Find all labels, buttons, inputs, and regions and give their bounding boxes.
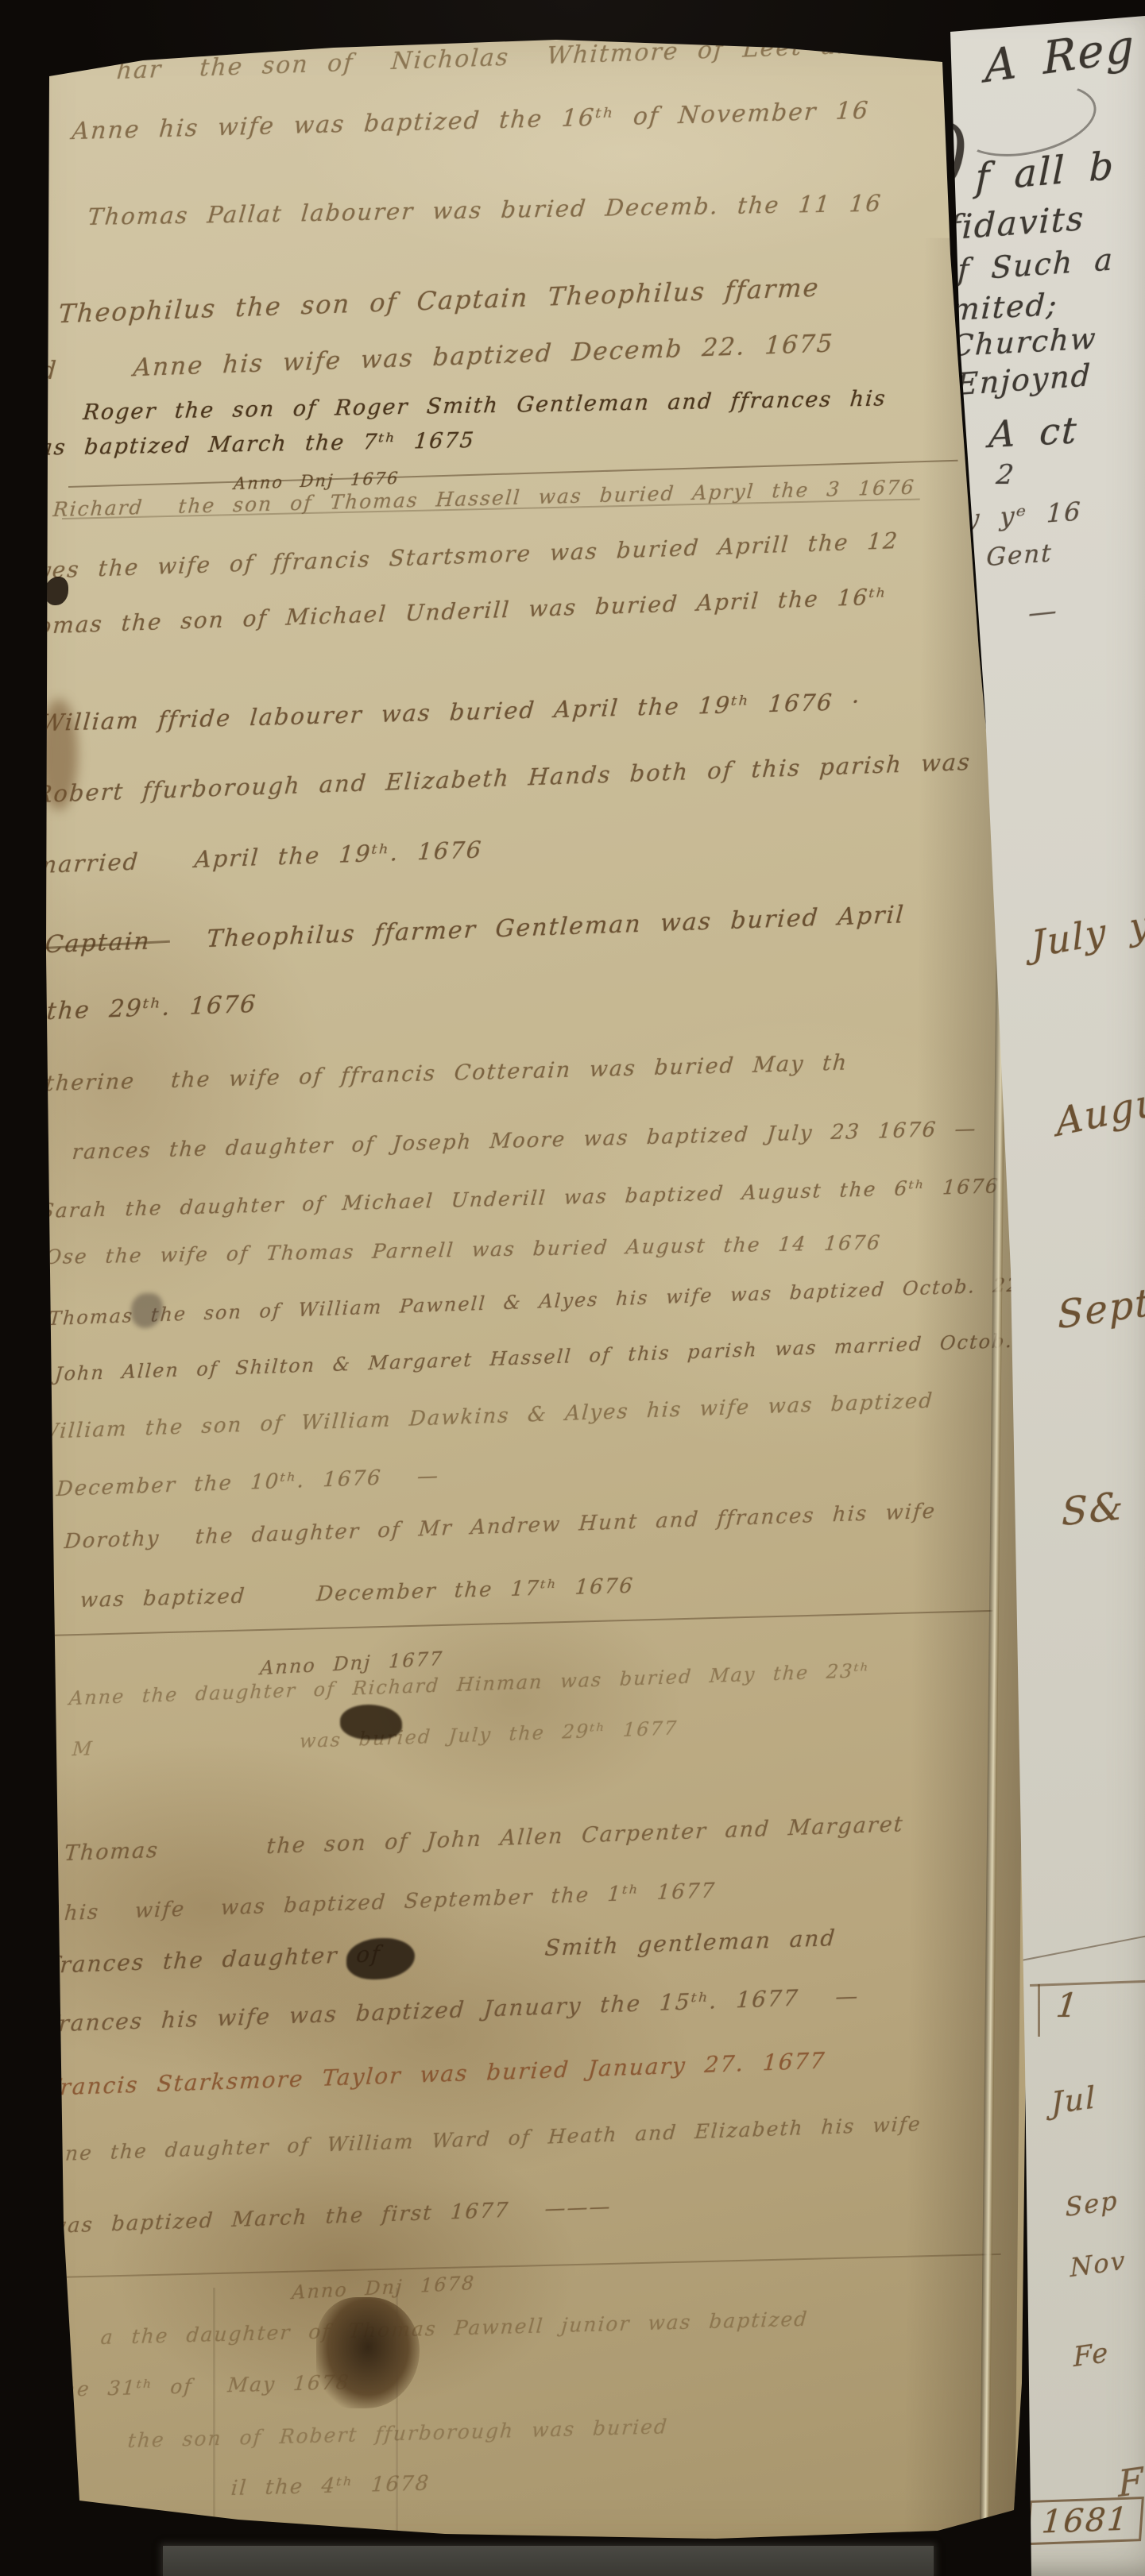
register-entry-line: Thomas the son of Michael Underill was b…	[5, 583, 888, 640]
register-entry-line: ffrances the daughter of Smith gentleman…	[40, 1925, 837, 1979]
register-entry-line: M was buried July the 29ᵗʰ 1677	[72, 1717, 679, 1760]
register-entry-line: Sarah the daughter of Michael Underill w…	[40, 1174, 1000, 1222]
title-fragment: Sep	[1065, 2185, 1119, 2223]
rule-line	[1038, 1984, 1040, 2037]
register-entry-line: Captain Theophilus ffarmer Gentleman was…	[44, 901, 906, 959]
register-entry-line: December the 10ᵗʰ. 1676 —	[56, 1464, 440, 1501]
register-entry-line: Dorothy the daughter of Mr Andrew Hunt a…	[64, 1500, 937, 1554]
boxed-year: 1681	[1027, 2497, 1144, 2545]
register-entry-line: Theophilus the son of Captain Theophilus…	[57, 272, 821, 330]
year-heading: Anno Dnj 1678	[292, 2272, 476, 2304]
title-fragment: mited;	[950, 287, 1059, 327]
register-entry-line: his wife was baptized September the 1ᵗʰ …	[64, 1879, 717, 1925]
register-entry-line: John Allen of Shilton & Margaret Hassell…	[54, 1328, 1058, 1385]
register-entry-line: married April the 19ᵗʰ. 1676	[34, 836, 484, 879]
register-entry-line: Anne the daughter of William Ward of Hea…	[34, 2112, 923, 2166]
register-entry-line: Anne his wife was baptized the 16ᵗʰ of N…	[71, 97, 870, 145]
register-entry-line: was baptized March the first 1677 ———	[48, 2195, 613, 2238]
rule-line	[1030, 1980, 1145, 1987]
title-fragment: 2	[995, 459, 1017, 491]
register-entry-line: William the son of William Dawkins & Aly…	[37, 1389, 934, 1444]
title-fragment: A Reg	[984, 20, 1136, 93]
register-entry-line: ffrancis Starksmore Taylor was buried Ja…	[40, 2047, 827, 2101]
title-fragment: fidavits	[947, 199, 1085, 247]
title-fragment: —	[1028, 594, 1058, 630]
register-entry-line: Ose the wife of Thomas Parnell was burie…	[44, 1231, 882, 1269]
title-fragment: Enjoynd	[955, 357, 1092, 402]
rule-line	[48, 1610, 993, 1636]
register-entry-line: Katherine the wife of ffrancis Cotterain…	[13, 1050, 849, 1097]
title-fragment: A ct	[988, 408, 1079, 456]
register-entry-line: was baptized March the 7ᵗʰ 1675	[18, 428, 476, 461]
register-entry-line: the son of Robert ffurborough was buried	[127, 2415, 669, 2452]
register-entry-line: the 29ᵗʰ. 1676	[46, 991, 258, 1025]
register-entry-line: was baptized December the 17ᵗʰ 1676	[79, 1574, 635, 1612]
register-entry-line: rances the daughter of Joseph Moore was …	[72, 1117, 978, 1164]
register-entry-line: Roger the son of Roger Smith Gentleman a…	[82, 386, 888, 425]
title-fragment: f Such a	[957, 241, 1114, 288]
register-entry-line: William ffride labourer was buried April…	[39, 688, 861, 736]
register-entry-line: Anne the daughter of Richard Hinman was …	[68, 1659, 871, 1709]
register-entry-line: the 31ᵗʰ of May 1678	[52, 2370, 351, 2401]
title-fragment: Nov	[1070, 2245, 1127, 2283]
register-entry-line: il the 4ᵗʰ 1678	[230, 2471, 431, 2501]
title-fragment: Fe	[1073, 2337, 1110, 2374]
register-entry-line: a the daughter of Thomas Pawnell junior …	[100, 2308, 810, 2349]
table-surface-strip	[163, 2546, 934, 2576]
title-fragment: Sept	[1057, 1280, 1145, 1338]
title-fragment: Churchw	[950, 321, 1098, 363]
title-fragment: Gent	[986, 539, 1054, 572]
rule-line	[1009, 1936, 1145, 1964]
title-fragment: Jul	[1050, 2080, 1097, 2121]
title-fragment: July yᵉ	[1030, 899, 1145, 966]
title-fragment: S&	[1062, 1484, 1124, 1535]
title-fragment: Augu	[1054, 1079, 1145, 1145]
register-entry-line: nd Anne his wife was baptized Decemb 22.…	[21, 329, 834, 386]
register-entry-line: Robert ffurborough and Elizabeth Hands b…	[34, 748, 973, 808]
title-fragment: 1	[1054, 1986, 1081, 2025]
photograph-backdrop: har the son of Nicholas Whitmore of Leet…	[0, 0, 1145, 2576]
rule-line	[56, 2254, 1001, 2278]
register-entry-line: ffrances his wife was baptized January t…	[38, 1983, 861, 2037]
register-entry-line: Alyes the wife of ffrancis Startsmore wa…	[11, 527, 900, 585]
register-entry-line: har the son of Nicholas Whitmore of Leet…	[116, 32, 856, 86]
register-entry-line: Thomas Pallat labourer was buried Decemb…	[87, 190, 883, 231]
register-entry-line: Thomas the son of John Allen Carpenter a…	[64, 1812, 905, 1866]
